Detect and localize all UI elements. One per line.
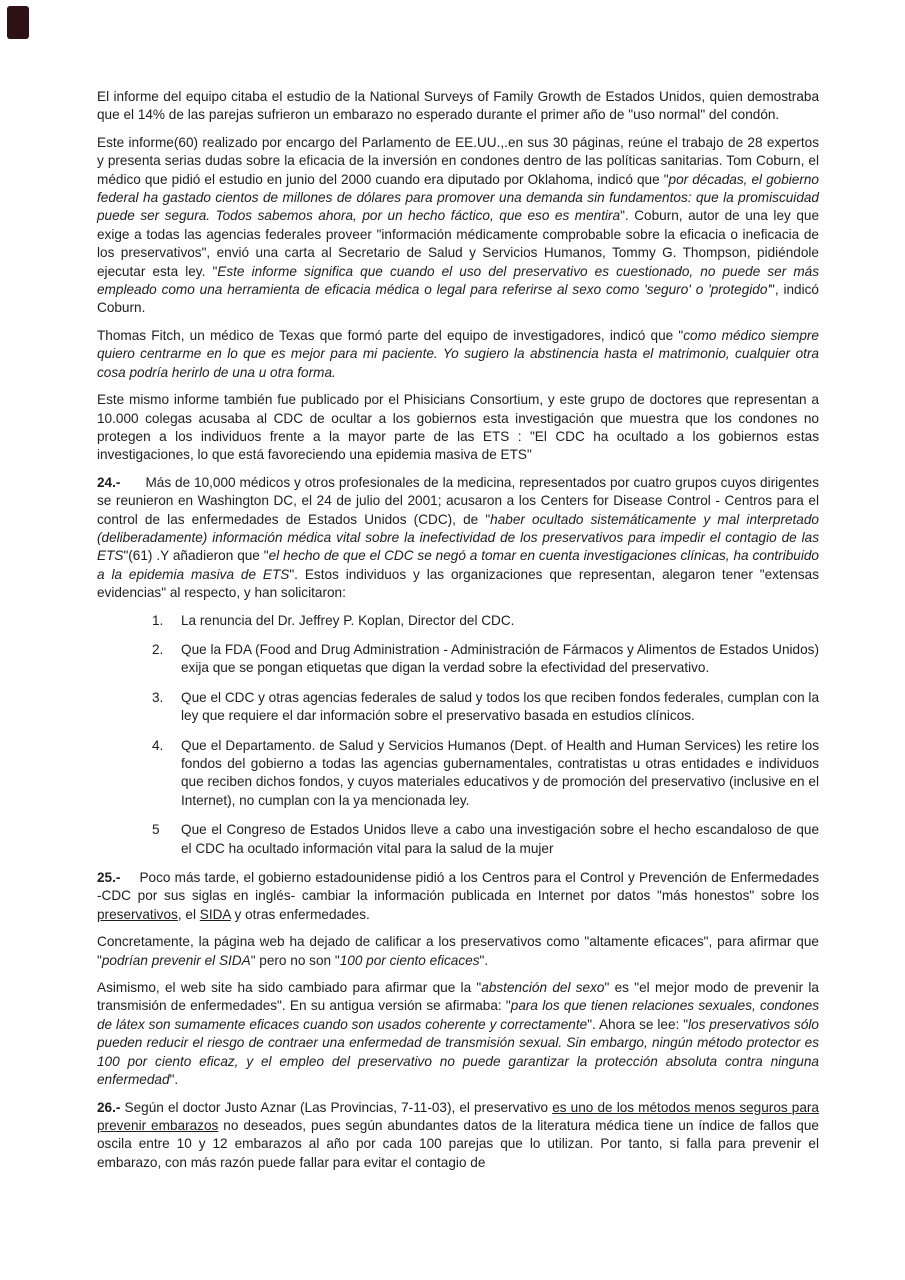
text-run: y otras enfermedades. [231, 907, 370, 922]
text-run: ". Ahora se lee: " [587, 1017, 688, 1032]
list-item-number: 5 [152, 821, 181, 858]
list-item-number: 2. [152, 641, 181, 678]
text-run: " pero no son " [251, 953, 340, 968]
text-run: Poco más tarde, el gobierno estadouniden… [97, 870, 819, 903]
paragraph-webpage: Concretamente, la página web ha dejado d… [97, 933, 819, 970]
text-run-italic: abstención del sexo [481, 980, 604, 995]
paragraph-intro: El informe del equipo citaba el estudio … [97, 88, 819, 125]
list-item-1: 1.La renuncia del Dr. Jeffrey P. Koplan,… [152, 612, 819, 630]
list-item-text: La renuncia del Dr. Jeffrey P. Koplan, D… [181, 612, 819, 630]
text-run: ". [480, 953, 489, 968]
corner-mark-icon [7, 6, 29, 39]
list-item-4: 4.Que el Departamento. de Salud y Servic… [152, 737, 819, 811]
list-item-3: 3.Que el CDC y otras agencias federales … [152, 689, 819, 726]
list-item-2: 2.Que la FDA (Food and Drug Administrati… [152, 641, 819, 678]
paragraph-26: 26.- Según el doctor Justo Aznar (Las Pr… [97, 1099, 819, 1173]
paragraph-report-coburn: Este informe(60) realizado por encargo d… [97, 134, 819, 318]
document-body: El informe del equipo citaba el estudio … [97, 88, 819, 1181]
text-run: El informe del equipo citaba el estudio … [97, 89, 819, 122]
paragraph-24: 24.-Más de 10,000 médicos y otros profes… [97, 474, 819, 603]
paragraph-number: 24.- [97, 475, 120, 490]
paragraph-fitch: Thomas Fitch, un médico de Texas que for… [97, 327, 819, 382]
list-item-text: Que la FDA (Food and Drug Administration… [181, 641, 819, 678]
list-item-text: Que el CDC y otras agencias federales de… [181, 689, 819, 726]
text-run: Según el doctor Justo Aznar (Las Provinc… [120, 1100, 552, 1115]
text-run-italic: podrían prevenir el SIDA [102, 953, 251, 968]
text-run: Thomas Fitch, un médico de Texas que for… [97, 328, 683, 343]
text-run: "(61) .Y añadieron que " [123, 548, 268, 563]
paragraph-consortium: Este mismo informe también fue publicado… [97, 391, 819, 465]
text-run-underline: preservativos [97, 907, 178, 922]
paragraph-website: Asimismo, el web site ha sido cambiado p… [97, 979, 819, 1089]
text-run-italic: 100 por ciento eficaces [340, 953, 480, 968]
list-item-number: 4. [152, 737, 181, 811]
text-run: , el [178, 907, 200, 922]
paragraph-25: 25.-Poco más tarde, el gobierno estadoun… [97, 869, 819, 924]
paragraph-number: 26.- [97, 1100, 120, 1115]
list-item-number: 1. [152, 612, 181, 630]
document-page: { "colors": { "page_background": "#fffff… [0, 0, 905, 1280]
text-run: Asimismo, el web site ha sido cambiado p… [97, 980, 481, 995]
list-item-number: 3. [152, 689, 181, 726]
text-run: ". [170, 1072, 179, 1087]
list-item-5: 5Que el Congreso de Estados Unidos lleve… [152, 821, 819, 858]
list-item-text: Que el Departamento. de Salud y Servicio… [181, 737, 819, 811]
numbered-list: 1.La renuncia del Dr. Jeffrey P. Koplan,… [97, 612, 819, 858]
list-item-text: Que el Congreso de Estados Unidos lleve … [181, 821, 819, 858]
text-run: Este mismo informe también fue publicado… [97, 392, 819, 462]
paragraph-number: 25.- [97, 870, 120, 885]
text-run-underline: SIDA [200, 907, 231, 922]
